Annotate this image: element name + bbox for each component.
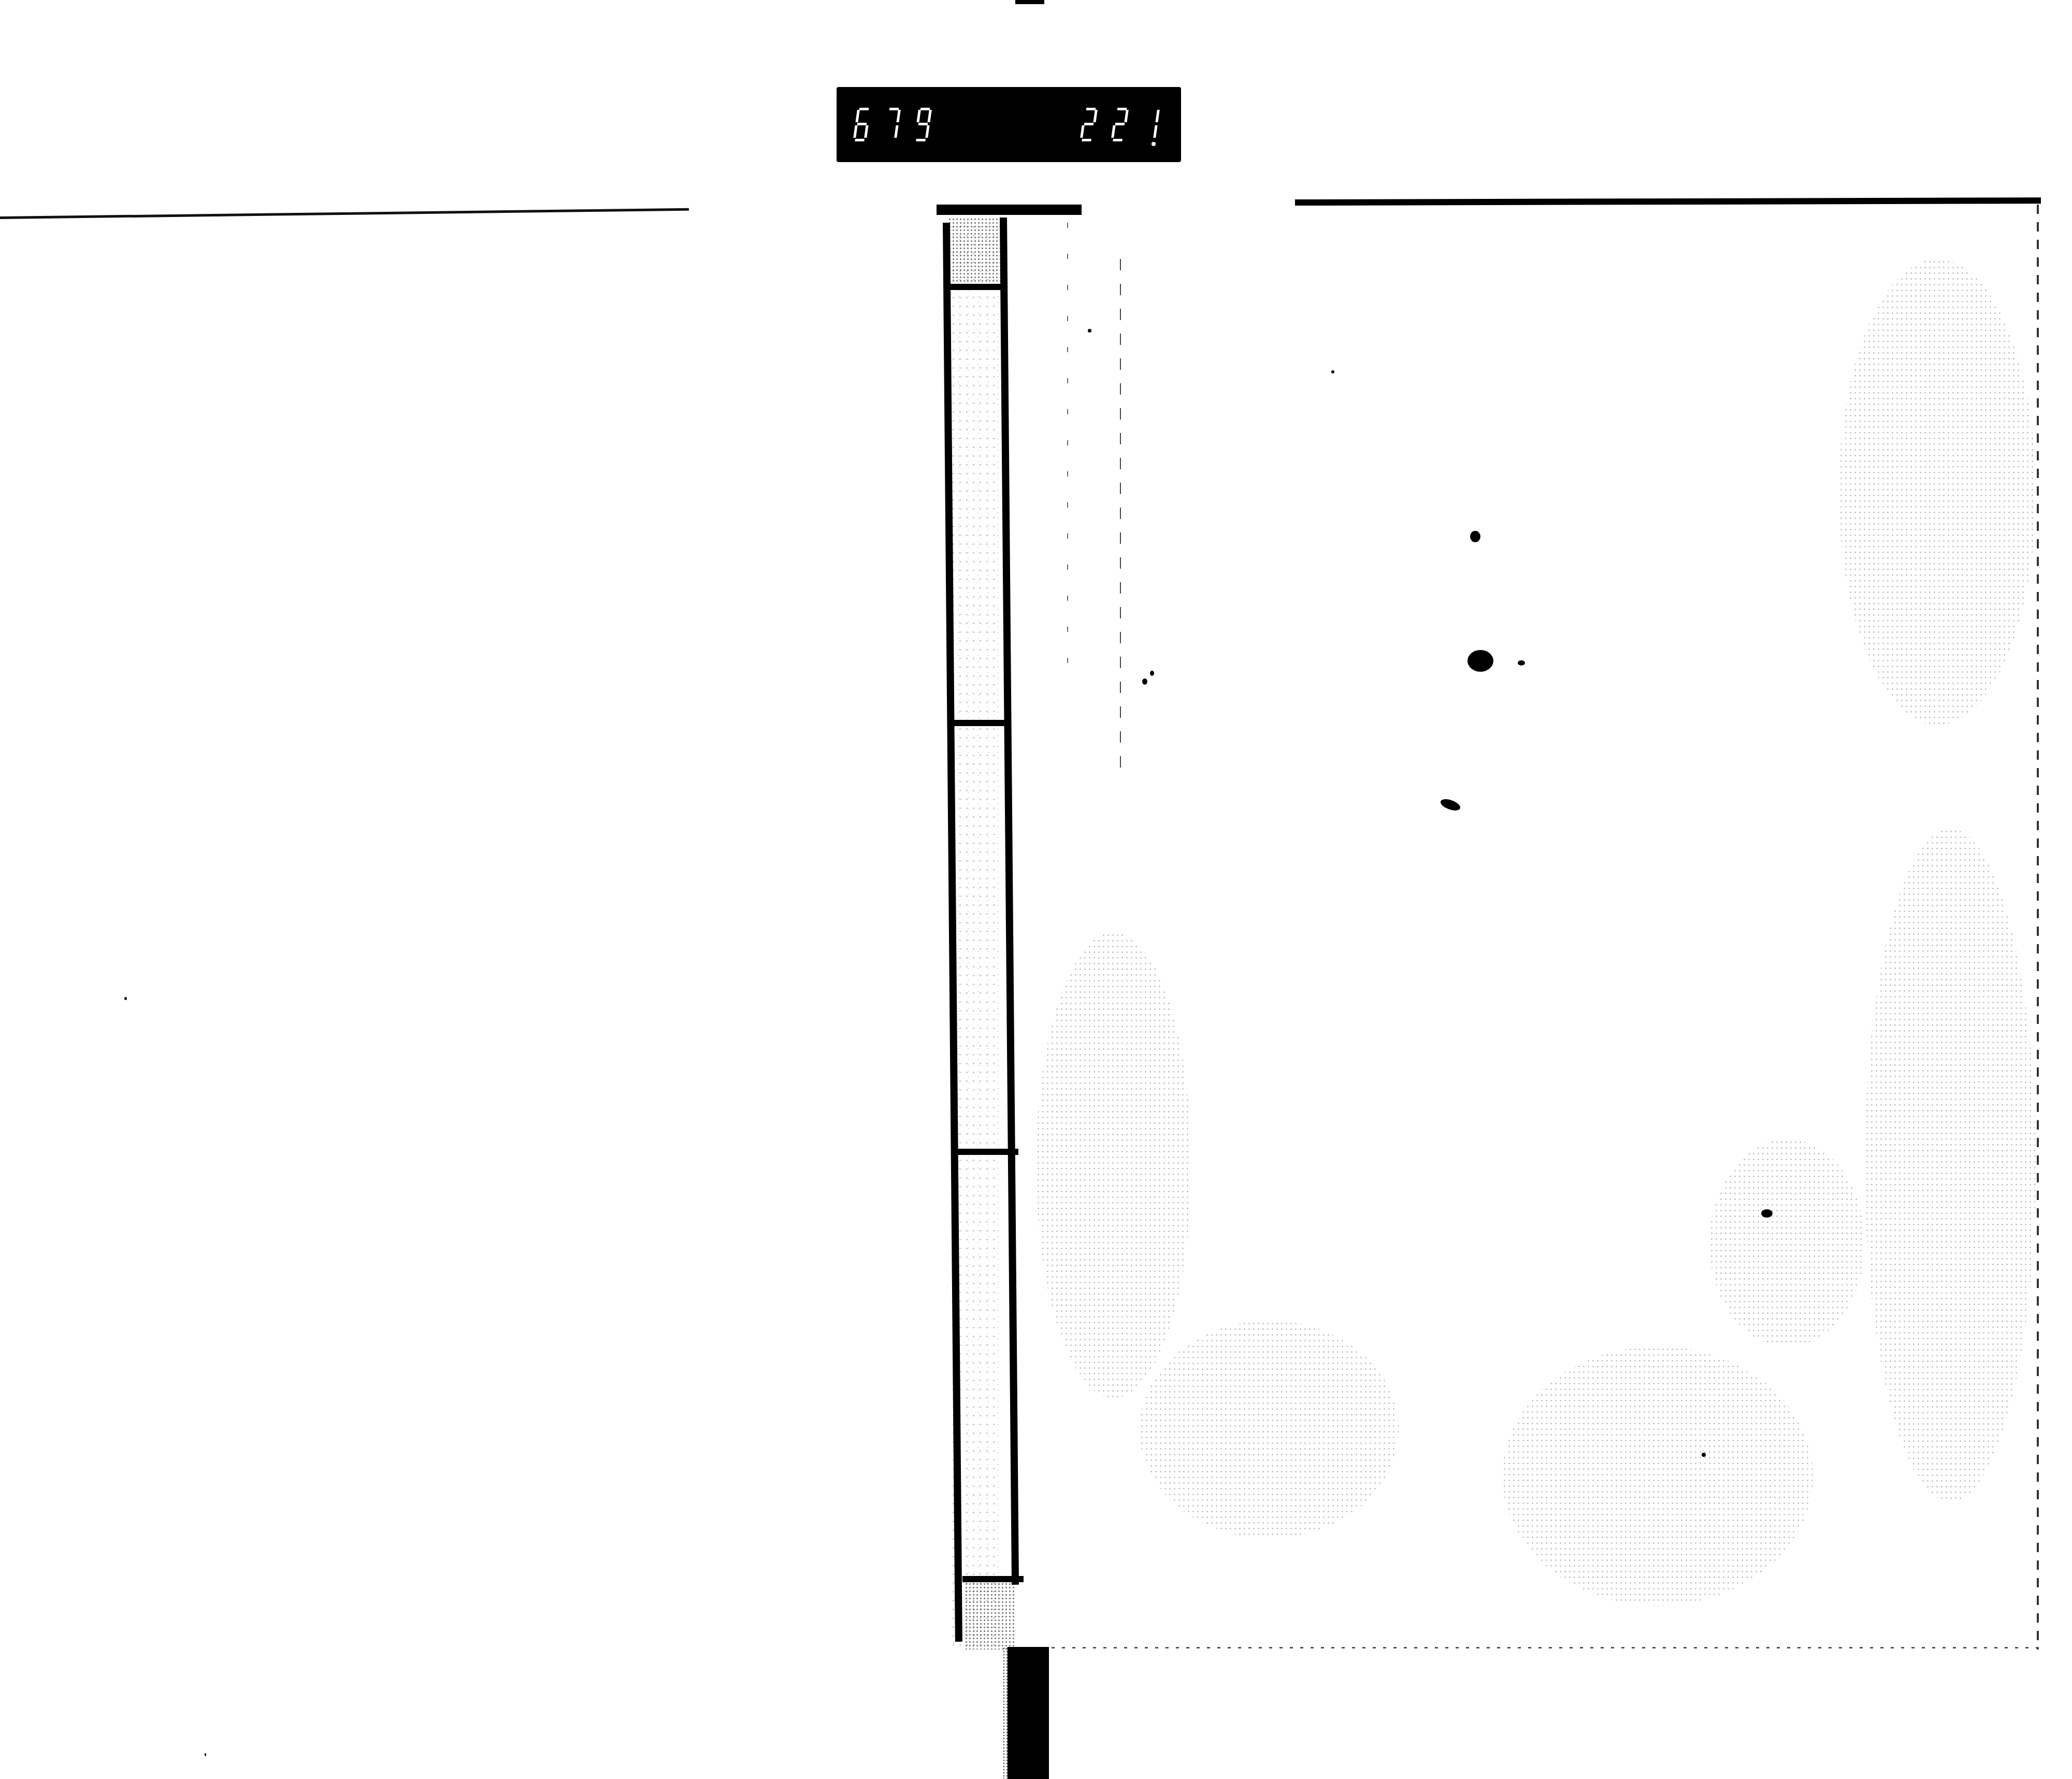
cover-top-edge: [937, 205, 1082, 215]
stain-spot: [1088, 329, 1091, 332]
binding-string-tie: [952, 720, 1010, 726]
stain-spot: [1467, 650, 1493, 672]
stain-spot: [1702, 1453, 1706, 1457]
speckle-noise: [1502, 1347, 1813, 1606]
speckle-noise: [1140, 1321, 1399, 1538]
stain-spot: [1331, 370, 1334, 373]
speckle-noise: [1709, 1139, 1865, 1347]
stain-spot: [1142, 678, 1147, 685]
top-edge-mark: [1015, 0, 1044, 4]
stain-spot: [1470, 531, 1480, 542]
under-spine-block: [1008, 1647, 1049, 1779]
frame-counter-label: 679 221.: [837, 87, 1181, 162]
binding-string-tie: [948, 284, 1005, 290]
spine-corner-top: [948, 218, 1005, 285]
binding-string-tie: [962, 1576, 1024, 1582]
stain-spot: [1761, 1209, 1773, 1218]
speckle-noise: [1865, 829, 2036, 1502]
stain-spot: [1518, 660, 1525, 666]
cover-right-edge: [2037, 205, 2039, 1650]
cover-fold-line: [1067, 223, 1068, 689]
speckle-noise: [1839, 259, 2036, 725]
scan-page: 679 221.: [0, 0, 2072, 1779]
cover-fold-line: [1120, 259, 1121, 777]
left-horizontal-rule: [0, 208, 689, 219]
stain-spot: [124, 997, 127, 1000]
spine-corner-bottom: [965, 1582, 1016, 1650]
binding-string-tie: [957, 1149, 1018, 1155]
cover-bottom-edge: [1041, 1647, 2041, 1648]
stain-spot: [1150, 671, 1154, 676]
seven-segment-digits: [837, 87, 1181, 162]
speckle-noise: [1036, 932, 1191, 1398]
stain-spot: [205, 1753, 206, 1756]
